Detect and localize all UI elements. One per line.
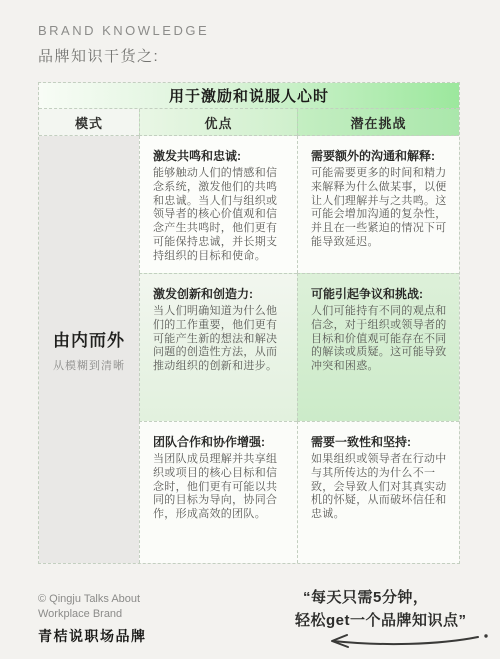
challenge-cell-row1: 需要额外的沟通和解释: 可能需要更多的时间和精力来解释为什么做某事，以便让人们理… — [297, 136, 459, 273]
mode-name: 由内而外 — [53, 326, 125, 351]
column-header-challenges: 潜在挑战 — [297, 109, 459, 136]
credit-line-2: Workplace Brand — [38, 607, 147, 622]
challenge-cell-row2: 可能引起争议和挑战: 人们可能持有不同的观点和信念，对于组织或领导者的目标和价值… — [297, 273, 459, 421]
quote-line-1: “每天只需5分钟， — [303, 586, 467, 609]
pro-body: 当人们明确知道为什么他们的工作重要，他们更有可能产生新的想法和解决问题的创造性方… — [153, 305, 285, 374]
pro-cell-row3: 团队合作和协作增强: 当团队成员理解并共享组织或项目的核心目标和信念时，他们更有… — [139, 421, 297, 563]
column-header-pros: 优点 — [139, 109, 297, 136]
pro-title: 激发共鸣和忠诚: — [153, 149, 285, 164]
infographic-page: BRAND KNOWLEDGE 品牌知识干货之: 用于激励和说服人心时 模式 优… — [0, 0, 500, 659]
left-arrow-icon — [320, 632, 492, 652]
brand-name: 青桔说职场品牌 — [38, 626, 147, 646]
footer-quote: “每天只需5分钟， 轻松get一个品牌知识点” — [303, 586, 467, 632]
challenge-cell-row3: 需要一致性和坚持: 如果组织或领导者在行动中与其所传达的为什么不一致，会导致人们… — [297, 421, 459, 563]
page-header: BRAND KNOWLEDGE 品牌知识干货之: — [38, 23, 209, 66]
brand-knowledge-eyebrow: BRAND KNOWLEDGE — [38, 23, 209, 38]
page-subtitle: 品牌知识干货之: — [38, 45, 209, 66]
pro-title: 团队合作和协作增强: — [153, 435, 285, 450]
pro-body: 当团队成员理解并共享组织或项目的核心目标和信念时，他们更有可能以共同的目标为导向… — [153, 453, 285, 522]
credit-line-1: © Qingju Talks About — [38, 592, 147, 607]
pro-cell-row1: 激发共鸣和忠诚: 能够触动人们的情感和信念系统，激发他们的共鸣和忠诚。当人们与组… — [139, 136, 297, 273]
pro-title: 激发创新和创造力: — [153, 287, 285, 302]
column-header-mode: 模式 — [39, 109, 139, 136]
footer-credit: © Qingju Talks About Workplace Brand 青桔说… — [38, 592, 147, 646]
mode-cell: 由内而外 从模糊到清晰 — [39, 136, 139, 563]
challenge-body: 如果组织或领导者在行动中与其所传达的为什么不一致，会导致人们对其真实动机的怀疑，… — [311, 453, 447, 522]
challenge-title: 需要额外的沟通和解释: — [311, 149, 447, 164]
pro-body: 能够触动人们的情感和信念系统，激发他们的共鸣和忠诚。当人们与组织或领导者的核心价… — [153, 167, 285, 264]
quote-line-2: 轻松get一个品牌知识点” — [295, 609, 467, 632]
pro-cell-row2: 激发创新和创造力: 当人们明确知道为什么他们的工作重要，他们更有可能产生新的想法… — [139, 273, 297, 421]
challenge-title: 可能引起争议和挑战: — [311, 287, 447, 302]
challenge-body: 可能需要更多的时间和精力来解释为什么做某事，以便让人们理解并与之共鸣。这可能会增… — [311, 167, 447, 250]
challenge-body: 人们可能持有不同的观点和信念，对于组织或领导者的目标和价值观可能存在不同的解读或… — [311, 305, 447, 374]
challenge-title: 需要一致性和坚持: — [311, 435, 447, 450]
table-title: 用于激励和说服人心时 — [39, 83, 459, 109]
mode-note: 从模糊到清晰 — [53, 357, 125, 373]
knowledge-table: 用于激励和说服人心时 模式 优点 潜在挑战 由内而外 从模糊到清晰 激发共鸣和忠… — [38, 82, 460, 564]
